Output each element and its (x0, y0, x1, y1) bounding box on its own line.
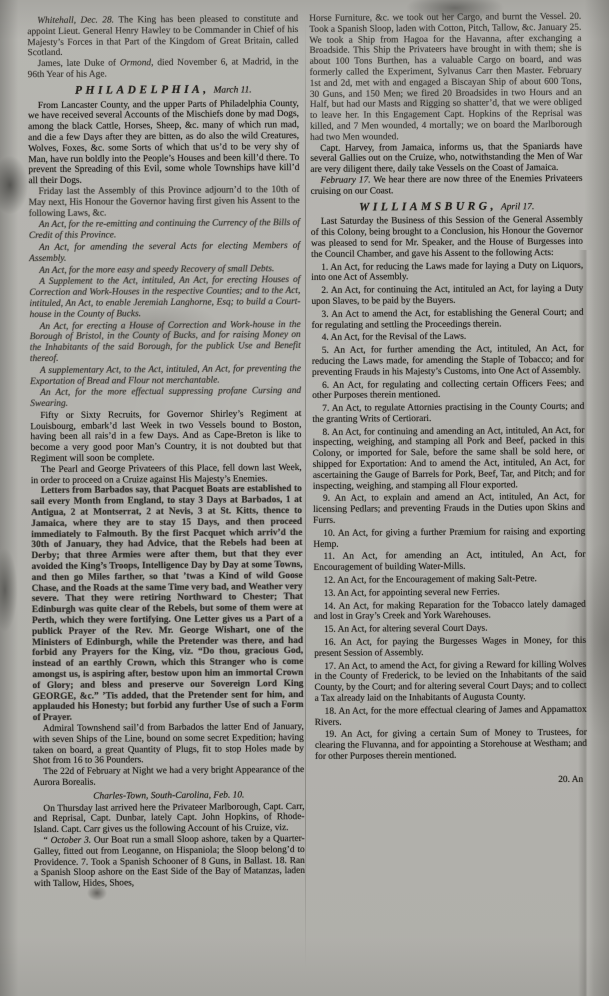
act-item: 14. An Act, for making Reparation for th… (314, 599, 586, 623)
news-mad-dogs: From Lancaster County, and the upper Par… (28, 99, 300, 188)
news-townshend: Admiral Townshend sail’d from Barbados t… (33, 722, 304, 767)
act-item: 8. An Act, for continuing and amending a… (312, 425, 585, 492)
act-item: 13. An Act, for appointing several new F… (314, 587, 586, 600)
act-item: 6. An Act, for regulating and collecting… (312, 378, 584, 402)
act-item: 9. An Act, to explain and amend an Act, … (313, 492, 585, 527)
news-cruise-log: “ October 3. Our Boat run a small Sloop … (34, 834, 305, 890)
act-item: 2. An Act, for continuing the Act, intit… (311, 284, 583, 308)
act-item: 12. An Act, for the Encouragement of mak… (314, 574, 586, 587)
act-item: 18. An Act, for the more effectual clear… (315, 705, 587, 729)
dateline-whitehall: Whitehall, Dec. 28. The King has been pl… (27, 14, 298, 59)
catchword: 20. An (315, 775, 587, 788)
act-item: 4. An Act, for the Revisal of the Laws. (312, 331, 584, 344)
act-item: An Act, for the more effectual suppressi… (30, 386, 301, 410)
news-assembly-adjourned: Friday last the Assembly of this Provinc… (29, 185, 300, 220)
news-assembly-close: Last Saturday the Business of this Sessi… (311, 215, 583, 260)
news-marlborough: On Thursday last arrived here the Privat… (33, 802, 304, 837)
act-item: An Act, for the re-emitting and continui… (29, 218, 300, 242)
news-ormond: James, late Duke of Ormond, died Novembe… (28, 57, 299, 81)
news-recruits: Fifty or Sixty Recruits, for Governor Sh… (30, 409, 301, 465)
act-item: 17. An Act, to amend the Act, for giving… (314, 659, 586, 704)
newspaper-page: Whitehall, Dec. 28. The King has been pl… (0, 0, 609, 996)
act-item: 10. An Act, for giving a further Præmium… (313, 527, 585, 551)
act-item: 16. An Act, for paying the Burgesses Wag… (314, 636, 586, 660)
section-heading-philadelphia: PHILADELPHIA,March 11. (28, 84, 299, 98)
section-heading-williamsburg: WILLIAMSBURG,April 17. (311, 200, 583, 214)
act-item: A Supplement to the Act, intituled, An A… (29, 275, 300, 320)
column-divider-rule (305, 18, 306, 968)
act-item: 7. An Act, to regulate Attornies practis… (312, 402, 584, 426)
act-item: A supplementary Act, to the Act, intitul… (30, 364, 301, 388)
act-item: 11. An Act, for amending an Act, intitul… (313, 550, 585, 574)
left-column: Whitehall, Dec. 28. The King has been pl… (27, 14, 305, 890)
act-item: 1. An Act, for reducing the Laws made fo… (311, 260, 583, 284)
act-item: An Act, for amending the several Acts fo… (29, 241, 300, 265)
act-item: An Act, for erecting a House of Correcti… (30, 320, 301, 365)
act-item: 5. An Act, for further amending the Act,… (312, 344, 584, 379)
news-privateers: The Pearl and George Privateers of this … (31, 463, 302, 487)
section-heading-charlestown: Charles-Town, South-Carolina, Feb. 10. (33, 790, 304, 803)
news-enemy-privateers: February 17. We hear there are now three… (310, 174, 582, 198)
news-aurora: The 22d of February at Night we had a ve… (33, 765, 304, 789)
news-cruise-log-continued: Horse Furniture, &c. we took out her Car… (309, 12, 582, 144)
act-item: 19. An Act, for giving a certain Sum of … (315, 728, 587, 763)
right-column: Horse Furniture, &c. we took out her Car… (309, 12, 587, 788)
page-sheet: Whitehall, Dec. 28. The King has been pl… (0, 0, 605, 2)
act-item: 3. An Act to amend the Act, for establis… (312, 307, 584, 331)
news-barbados-letters: Letters from Barbados say, that Pacquet … (31, 484, 304, 724)
act-item: 15. An Act, for altering several Court D… (314, 623, 586, 636)
news-harvey-jamaica: Capt. Harvey, from Jamaica, informs us, … (310, 141, 582, 176)
